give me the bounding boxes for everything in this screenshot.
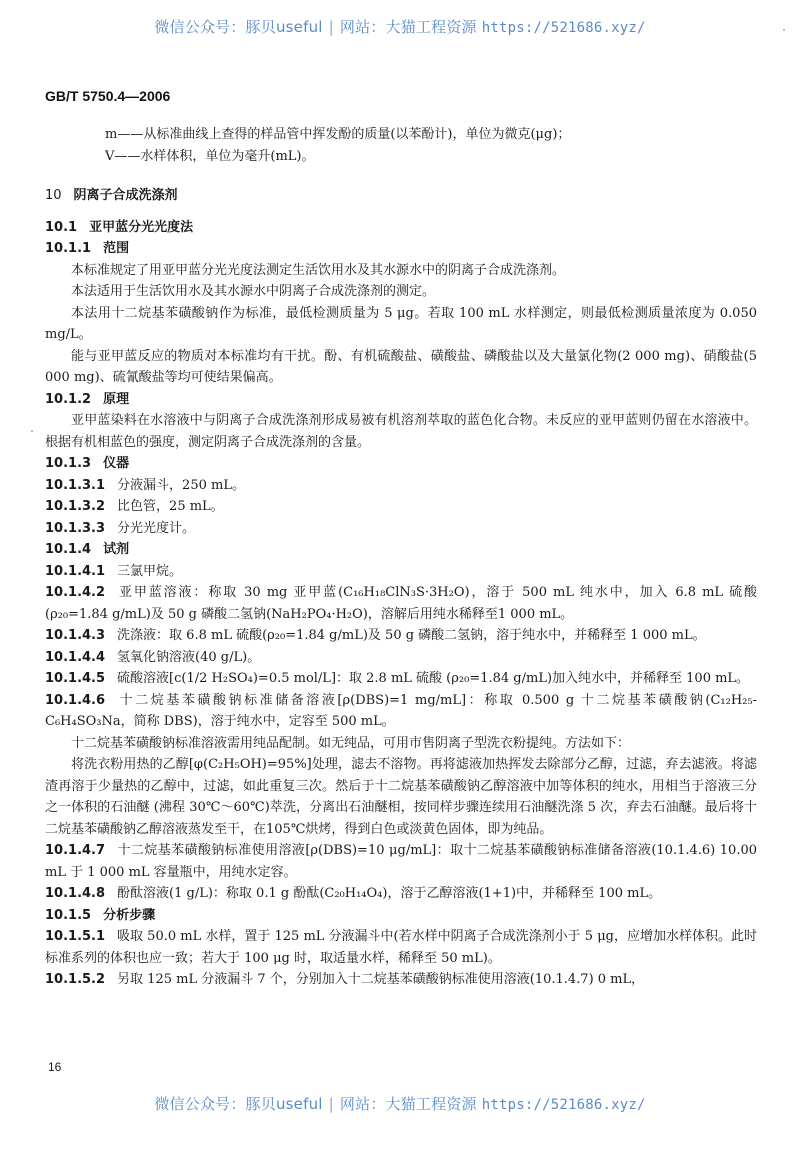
watermark-wechat: 微信公众号：豚贝useful — [154, 18, 322, 36]
principle-paragraph: 亚甲蓝染料在水溶液中与阴离子合成洗涤剂形成易被有机溶剂萃取的蓝色化合物。未反应的… — [45, 410, 757, 453]
reagents-heading: 10.1.4试剂 — [45, 539, 757, 561]
apparatus-item: 10.1.3.3分光光度计。 — [45, 518, 757, 540]
reagent-item: 10.1.4.7十二烷基苯磺酸钠标准使用溶液[ρ(DBS)=10 μg/mL]：… — [45, 840, 757, 883]
purification-paragraph: 将洗衣粉用热的乙醇[φ(C₂H₅OH)=95%]处理，滤去不溶物。再将滤液加热挥… — [45, 754, 757, 840]
reagent-item: 10.1.4.1三氯甲烷。 — [45, 561, 757, 583]
standard-code: GB/T 5750.4—2006 — [45, 88, 170, 104]
apparatus-item: 10.1.3.1分液漏斗，250 mL。 — [45, 475, 757, 497]
watermark-url[interactable]: https://521686.xyz/ — [482, 20, 646, 36]
scope-paragraph: 本标准规定了用亚甲蓝分光光度法测定生活饮用水及其水源水中的阴离子合成洗涤剂。 — [45, 260, 757, 282]
scan-speck — [31, 430, 33, 432]
apparatus-heading: 10.1.3仪器 — [45, 453, 757, 475]
watermark-bottom: 微信公众号：豚贝useful|网站：大猫工程资源 https://521686.… — [0, 1093, 800, 1114]
procedure-item: 10.1.5.1吸取 50.0 mL 水样，置于 125 mL 分液漏斗中(若水… — [45, 926, 757, 969]
reagent-item: 10.1.4.3洗涤液：取 6.8 mL 硫酸(ρ₂₀=1.84 g/mL)及 … — [45, 625, 757, 647]
definition-v: V——水样体积，单位为毫升(mL)。 — [45, 146, 757, 168]
page-number: 16 — [48, 1060, 61, 1074]
scope-heading: 10.1.1范围 — [45, 238, 757, 260]
reagent-item: 10.1.4.8酚酞溶液(1 g/L)：称取 0.1 g 酚酞(C₂₀H₁₄O₄… — [45, 883, 757, 905]
definition-m: m——从标准曲线上查得的样品管中挥发酚的质量(以苯酚计)，单位为微克(μg)； — [45, 124, 757, 146]
watermark-top: 微信公众号：豚贝useful|网站：大猫工程资源 https://521686.… — [0, 16, 800, 37]
scope-paragraph: 能与亚甲蓝反应的物质对本标准均有干扰。酚、有机硫酸盐、磺酸盐、磷酸盐以及大量氯化… — [45, 346, 757, 389]
section-heading: 10阴离子合成洗涤剂 — [45, 185, 757, 207]
subsection-heading: 10.1亚甲蓝分光光度法 — [45, 217, 757, 239]
watermark-separator: | — [329, 1095, 334, 1113]
scope-paragraph: 本法适用于生活饮用水及其水源水中阴离子合成洗涤剂的测定。 — [45, 281, 757, 303]
watermark-site: 网站：大猫工程资源 — [340, 18, 477, 36]
reagent-item: 10.1.4.2亚甲蓝溶液：称取 30 mg 亚甲蓝(C₁₆H₁₈ClN₃S·3… — [45, 582, 757, 625]
apparatus-item: 10.1.3.2比色管，25 mL。 — [45, 496, 757, 518]
scope-paragraph: 本法用十二烷基苯磺酸钠作为标准，最低检测质量为 5 μg。若取 100 mL 水… — [45, 303, 757, 346]
watermark-site: 网站：大猫工程资源 — [340, 1095, 477, 1113]
watermark-wechat: 微信公众号：豚贝useful — [154, 1095, 322, 1113]
reagent-item: 10.1.4.5硫酸溶液[c(1/2 H₂SO₄)=0.5 mol/L]：取 2… — [45, 668, 757, 690]
reagent-item: 10.1.4.4氢氧化钠溶液(40 g/L)。 — [45, 647, 757, 669]
principle-heading: 10.1.2原理 — [45, 389, 757, 411]
scan-speck — [783, 29, 785, 31]
purification-paragraph: 十二烷基苯磺酸钠标准溶液需用纯品配制。如无纯品，可用市售阴离子型洗衣粉提纯。方法… — [45, 733, 757, 755]
watermark-separator: | — [329, 18, 334, 36]
reagent-item: 10.1.4.6十二烷基苯磺酸钠标准储备溶液[ρ(DBS)=1 mg/mL]：称… — [45, 690, 757, 733]
procedure-heading: 10.1.5分析步骤 — [45, 905, 757, 927]
document-body: m——从标准曲线上查得的样品管中挥发酚的质量(以苯酚计)，单位为微克(μg)； … — [45, 124, 757, 991]
watermark-url[interactable]: https://521686.xyz/ — [482, 1097, 646, 1113]
procedure-item: 10.1.5.2另取 125 mL 分液漏斗 7 个，分别加入十二烷基苯磺酸钠标… — [45, 969, 757, 991]
